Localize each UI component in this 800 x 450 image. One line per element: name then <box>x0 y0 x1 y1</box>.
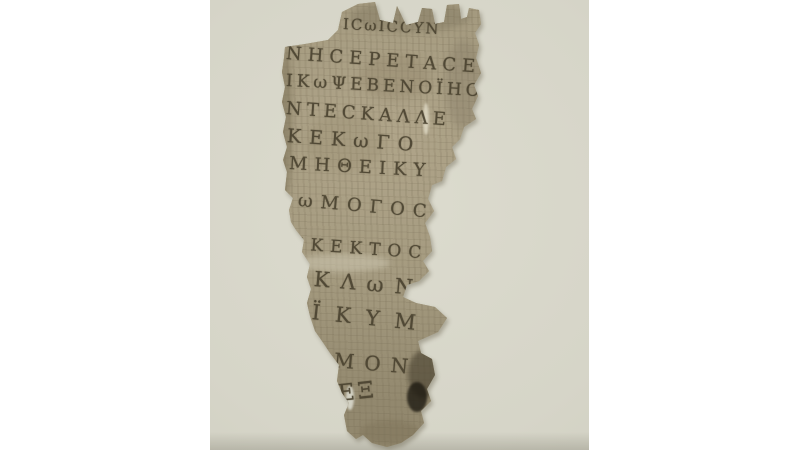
papyrus-shade-bottom <box>360 420 420 445</box>
papyrus-fragment-shadow: ΙCωΙCCΥΝ ΝΗCΕΡΕΤΑCΕ ΙΚωΨΕΒΕΝΟΪΗΟ ΝΤΕCΚΑΛ… <box>210 0 589 450</box>
papyrus-line-9: ΚΛωΝ <box>313 267 425 301</box>
papyrus-line-11: ΜΟΝ <box>333 349 419 379</box>
papyrus-line-12: ΕΞ <box>337 377 379 407</box>
papyrus-line-7: ωΜΟΓΟC <box>297 191 435 224</box>
page-background: ΙCωΙCCΥΝ ΝΗCΕΡΕΤΑCΕ ΙΚωΨΕΒΕΝΟΪΗΟ ΝΤΕCΚΑΛ… <box>0 0 800 450</box>
papyrus-line-6: ΜΗΘΕΙΚΥ <box>288 154 432 182</box>
papyrus-line-1: ΙCωΙCCΥΝ <box>343 16 441 38</box>
papyrus-line-10: ΪΚΥΜ <box>311 300 432 336</box>
papyrus-black-spot <box>407 382 427 412</box>
papyrus-fragment: ΙCωΙCCΥΝ ΝΗCΕΡΕΤΑCΕ ΙΚωΨΕΒΕΝΟΪΗΟ ΝΤΕCΚΑΛ… <box>210 0 589 450</box>
papyrus-line-5: ΚΕΚωΓΟ <box>286 126 422 157</box>
papyrus-photo: ΙCωΙCCΥΝ ΝΗCΕΡΕΤΑCΕ ΙΚωΨΕΒΕΝΟΪΗΟ ΝΤΕCΚΑΛ… <box>210 0 589 450</box>
